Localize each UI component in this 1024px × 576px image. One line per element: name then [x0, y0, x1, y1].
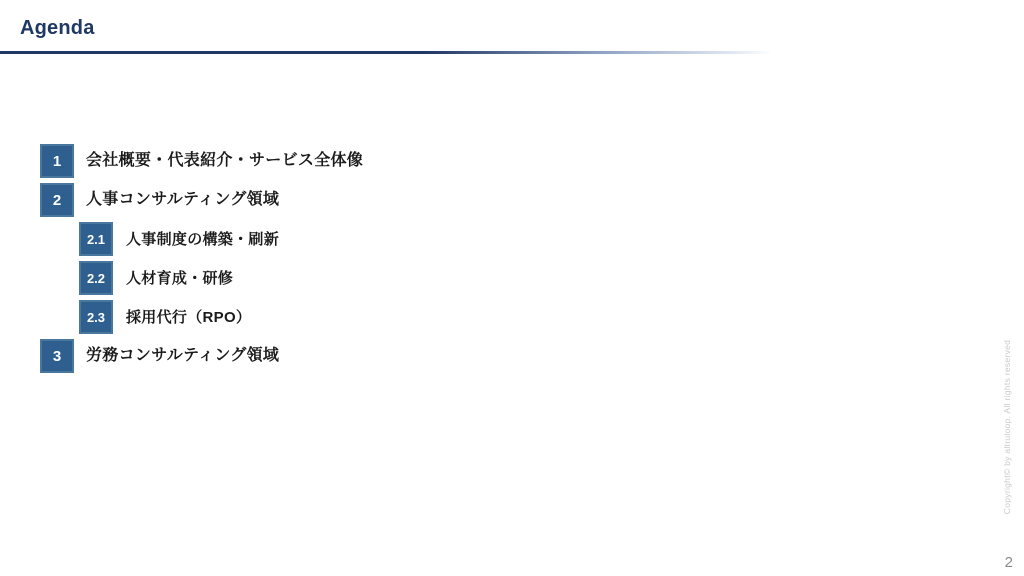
agenda-item: 2.3 採用代行（RPO）: [79, 300, 363, 334]
agenda-item: 2 人事コンサルティング領域: [40, 183, 363, 217]
agenda-item-number-box: 2: [40, 183, 74, 217]
agenda-item-label: 人材育成・研修: [126, 271, 233, 286]
agenda-item-number: 2.3: [87, 311, 105, 324]
agenda-item-label: 人事コンサルティング領域: [86, 192, 279, 208]
agenda-item-label: 人事制度の構築・刷新: [126, 232, 279, 247]
copyright-text: Copyright© by altruloop. All rights rese…: [1002, 340, 1012, 514]
agenda-item-label: 採用代行（RPO）: [126, 310, 251, 325]
agenda-item-number: 3: [53, 349, 61, 364]
page-number: 2: [1005, 555, 1013, 570]
agenda-list: 1 会社概要・代表紹介・サービス全体像 2 人事コンサルティング領域 2.1 人…: [40, 144, 363, 378]
agenda-item-number: 1: [53, 154, 61, 169]
agenda-item-number: 2.1: [87, 233, 105, 246]
agenda-item-number-box: 2.1: [79, 222, 113, 256]
agenda-item: 3 労務コンサルティング領域: [40, 339, 363, 373]
page-title: Agenda: [20, 17, 95, 40]
agenda-item: 2.2 人材育成・研修: [79, 261, 363, 295]
agenda-item-number-box: 2.2: [79, 261, 113, 295]
agenda-item-number: 2.2: [87, 272, 105, 285]
agenda-item-number: 2: [53, 193, 61, 208]
agenda-item: 1 会社概要・代表紹介・サービス全体像: [40, 144, 363, 178]
agenda-item-number-box: 1: [40, 144, 74, 178]
agenda-item-label: 会社概要・代表紹介・サービス全体像: [86, 153, 363, 169]
agenda-item-number-box: 2.3: [79, 300, 113, 334]
agenda-item: 2.1 人事制度の構築・刷新: [79, 222, 363, 256]
slide: Agenda 1 会社概要・代表紹介・サービス全体像 2 人事コンサルティング領…: [0, 0, 1024, 576]
agenda-item-number-box: 3: [40, 339, 74, 373]
agenda-item-label: 労務コンサルティング領域: [86, 348, 279, 364]
title-divider: [0, 51, 772, 54]
